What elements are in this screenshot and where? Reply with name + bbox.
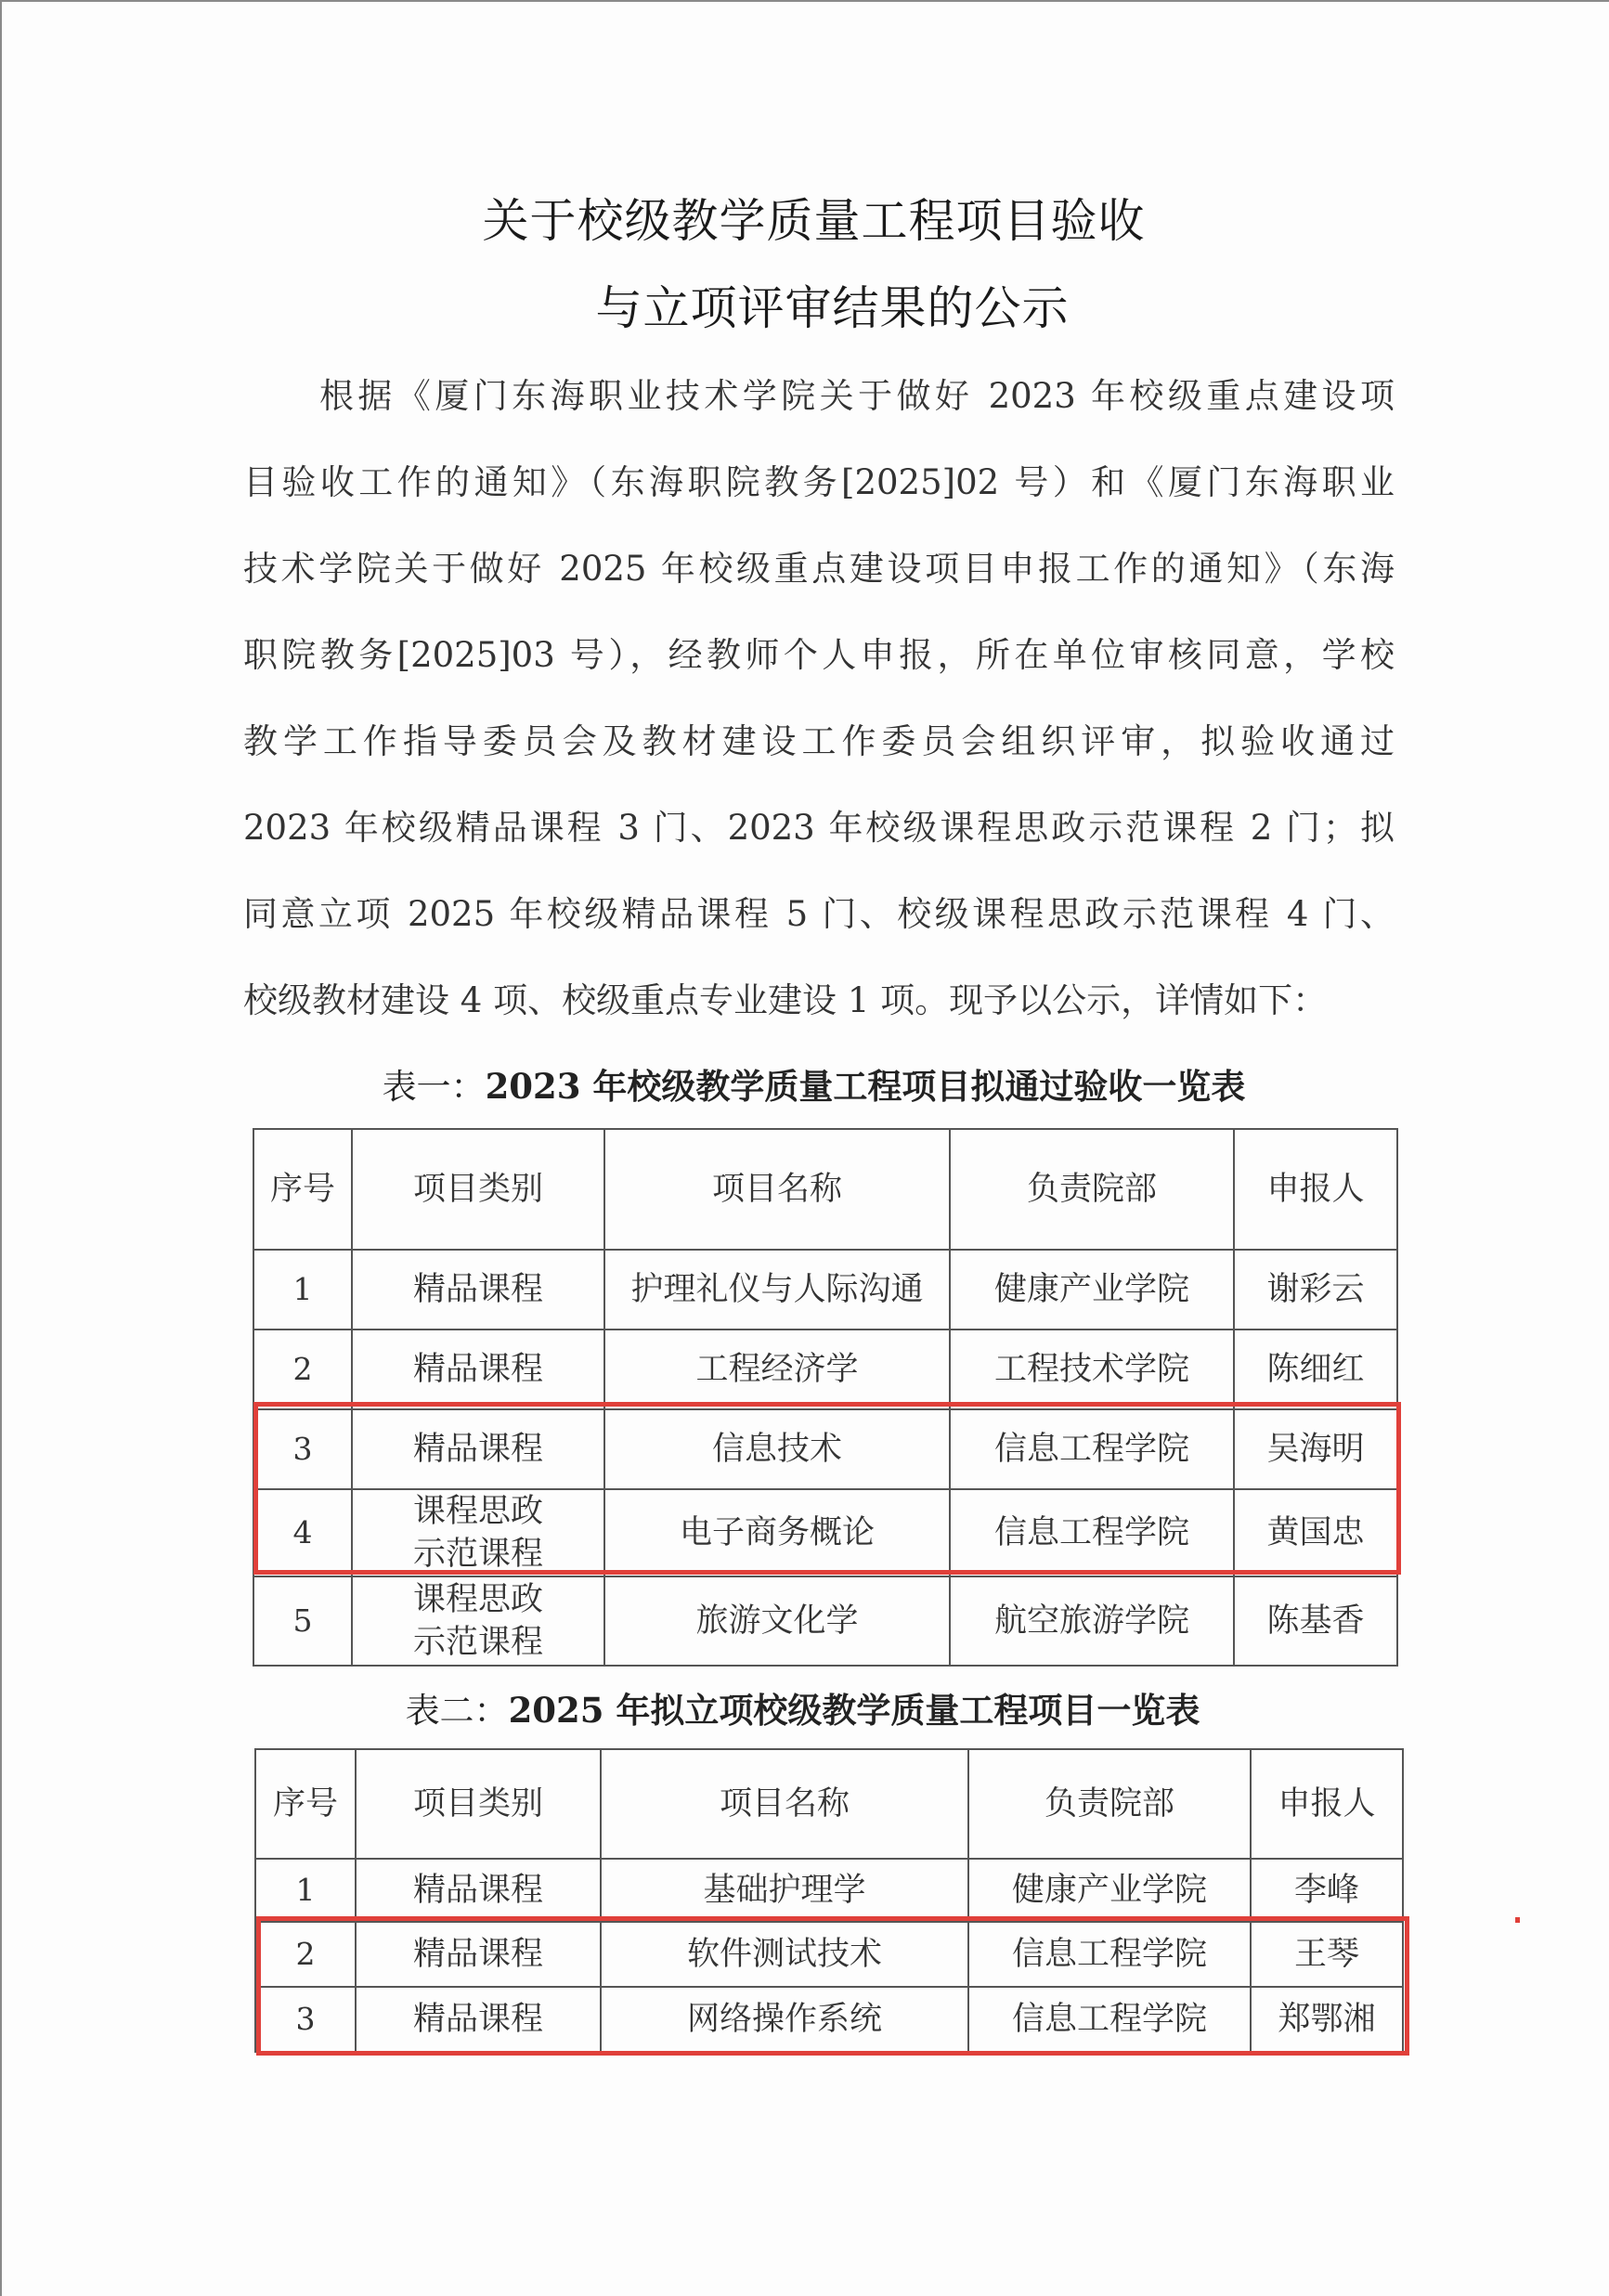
cell-category: 精品课程 xyxy=(356,1922,601,1987)
paragraph-line: 根据《厦门东海职业技术学院关于做好 2023 年校级重点建设项 xyxy=(243,353,1395,439)
cell-applicant: 陈基香 xyxy=(1234,1576,1397,1666)
table-row: 1 精品课程 护理礼仪与人际沟通 健康产业学院 谢彩云 xyxy=(253,1250,1397,1330)
cell-no: 1 xyxy=(253,1250,352,1330)
paragraph-line: 校级教材建设 4 项、校级重点专业建设 1 项。现予以公示，详情如下： xyxy=(243,957,1395,1044)
header-cell-category: 项目类别 xyxy=(352,1129,604,1250)
paragraph-line: 目验收工作的通知》（东海职院教务[2025]02 号）和《厦门东海职业 xyxy=(243,439,1395,525)
header-cell-applicant: 申报人 xyxy=(1234,1129,1397,1250)
cell-category: 精品课程 xyxy=(356,1859,601,1922)
table-row: 2 精品课程 工程经济学 工程技术学院 陈细红 xyxy=(253,1330,1397,1409)
cell-applicant: 吴海明 xyxy=(1234,1409,1397,1489)
table2-caption: 表二：2025 年拟立项校级教学质量工程项目一览表 xyxy=(0,1682,1607,1732)
paragraph-line: 2023 年校级精品课程 3 门、2023 年校级课程思政示范课程 2 门；拟 xyxy=(243,785,1395,871)
table1: 序号 项目类别 项目名称 负责院部 申报人 1 精品课程 护理礼仪与人际沟通 健… xyxy=(253,1128,1398,1667)
table2-header-row: 序号 项目类别 项目名称 负责院部 申报人 xyxy=(255,1749,1403,1859)
table-row: 4 课程思政 示范课程 电子商务概论 信息工程学院 黄国忠 xyxy=(253,1489,1397,1576)
table-row: 1 精品课程 基础护理学 健康产业学院 李峰 xyxy=(255,1859,1403,1922)
header-cell-no: 序号 xyxy=(255,1749,356,1859)
header-cell-applicant: 申报人 xyxy=(1251,1749,1403,1859)
page-edge-top xyxy=(0,0,1609,2)
cell-category-line2: 示范课程 xyxy=(353,1621,603,1664)
cell-applicant: 郑鄂湘 xyxy=(1251,1987,1403,2052)
cell-dept: 信息工程学院 xyxy=(968,1987,1251,2052)
table1-header-row: 序号 项目类别 项目名称 负责院部 申报人 xyxy=(253,1129,1397,1250)
cell-applicant: 王琴 xyxy=(1251,1922,1403,1987)
table1-caption-main: 2023 年校级教学质量工程项目拟通过验收一览表 xyxy=(486,1066,1246,1107)
table1-caption: 表一：2023 年校级教学质量工程项目拟通过验收一览表 xyxy=(9,1058,1609,1109)
table2: 序号 项目类别 项目名称 负责院部 申报人 1 精品课程 基础护理学 健康产业学… xyxy=(254,1748,1404,2053)
cell-category-line1: 课程思政 xyxy=(353,1578,603,1621)
table2-caption-prefix: 表二： xyxy=(406,1691,509,1731)
header-cell-name: 项目名称 xyxy=(601,1749,968,1859)
header-cell-category: 项目类别 xyxy=(356,1749,601,1859)
header-cell-dept: 负责院部 xyxy=(950,1129,1234,1250)
cell-name: 基础护理学 xyxy=(601,1859,968,1922)
cell-no: 2 xyxy=(255,1922,356,1987)
cell-no: 4 xyxy=(253,1489,352,1576)
header-cell-no: 序号 xyxy=(253,1129,352,1250)
page-edge-left xyxy=(0,0,2,2296)
header-cell-name: 项目名称 xyxy=(604,1129,950,1250)
document-title-line1: 关于校级教学质量工程项目验收 xyxy=(9,184,1609,251)
cell-category: 课程思政 示范课程 xyxy=(352,1489,604,1576)
cell-dept: 工程技术学院 xyxy=(950,1330,1234,1409)
table2-caption-main: 2025 年拟立项校级教学质量工程项目一览表 xyxy=(509,1690,1200,1731)
cell-category: 精品课程 xyxy=(352,1250,604,1330)
cell-dept: 信息工程学院 xyxy=(968,1922,1251,1987)
cell-no: 3 xyxy=(253,1409,352,1489)
cell-name: 旅游文化学 xyxy=(604,1576,950,1666)
table-row: 3 精品课程 信息技术 信息工程学院 吴海明 xyxy=(253,1409,1397,1489)
cell-name: 工程经济学 xyxy=(604,1330,950,1409)
cell-name: 软件测试技术 xyxy=(601,1922,968,1987)
cell-category-line1: 课程思政 xyxy=(353,1490,603,1533)
header-cell-dept: 负责院部 xyxy=(968,1749,1251,1859)
cell-applicant: 黄国忠 xyxy=(1234,1489,1397,1576)
cell-dept: 信息工程学院 xyxy=(950,1409,1234,1489)
cell-category: 精品课程 xyxy=(352,1409,604,1489)
document-title-line2: 与立项评审结果的公示 xyxy=(28,271,1609,338)
cell-no: 1 xyxy=(255,1859,356,1922)
cell-category: 精品课程 xyxy=(356,1987,601,2052)
cell-dept: 健康产业学院 xyxy=(950,1250,1234,1330)
table-row: 5 课程思政 示范课程 旅游文化学 航空旅游学院 陈基香 xyxy=(253,1576,1397,1666)
cell-category: 精品课程 xyxy=(352,1330,604,1409)
cell-name: 护理礼仪与人际沟通 xyxy=(604,1250,950,1330)
table1-caption-prefix: 表一： xyxy=(383,1067,486,1107)
cell-category-line2: 示范课程 xyxy=(353,1533,603,1576)
cell-dept: 信息工程学院 xyxy=(950,1489,1234,1576)
table-row: 3 精品课程 网络操作系统 信息工程学院 郑鄂湘 xyxy=(255,1987,1403,2052)
cell-dept: 健康产业学院 xyxy=(968,1859,1251,1922)
cell-name: 电子商务概论 xyxy=(604,1489,950,1576)
paragraph-line: 技术学院关于做好 2025 年校级重点建设项目申报工作的通知》（东海 xyxy=(243,525,1395,612)
paragraph-line: 教学工作指导委员会及教材建设工作委员会组织评审，拟验收通过 xyxy=(243,698,1395,785)
body-paragraph: 根据《厦门东海职业技术学院关于做好 2023 年校级重点建设项 目验收工作的通知… xyxy=(243,353,1395,1044)
cell-no: 3 xyxy=(255,1987,356,2052)
cell-no: 5 xyxy=(253,1576,352,1666)
cell-applicant: 陈细红 xyxy=(1234,1330,1397,1409)
cell-name: 网络操作系统 xyxy=(601,1987,968,2052)
cell-dept: 航空旅游学院 xyxy=(950,1576,1234,1666)
cell-no: 2 xyxy=(253,1330,352,1409)
cell-applicant: 李峰 xyxy=(1251,1859,1403,1922)
cell-applicant: 谢彩云 xyxy=(1234,1250,1397,1330)
cell-name: 信息技术 xyxy=(604,1409,950,1489)
paragraph-line: 职院教务[2025]03 号），经教师个人申报，所在单位审核同意，学校 xyxy=(243,612,1395,698)
cell-category: 课程思政 示范课程 xyxy=(352,1576,604,1666)
table-row: 2 精品课程 软件测试技术 信息工程学院 王琴 xyxy=(255,1922,1403,1987)
stray-red-mark xyxy=(1515,1917,1520,1923)
paragraph-line: 同意立项 2025 年校级精品课程 5 门、校级课程思政示范课程 4 门、 xyxy=(243,871,1395,957)
